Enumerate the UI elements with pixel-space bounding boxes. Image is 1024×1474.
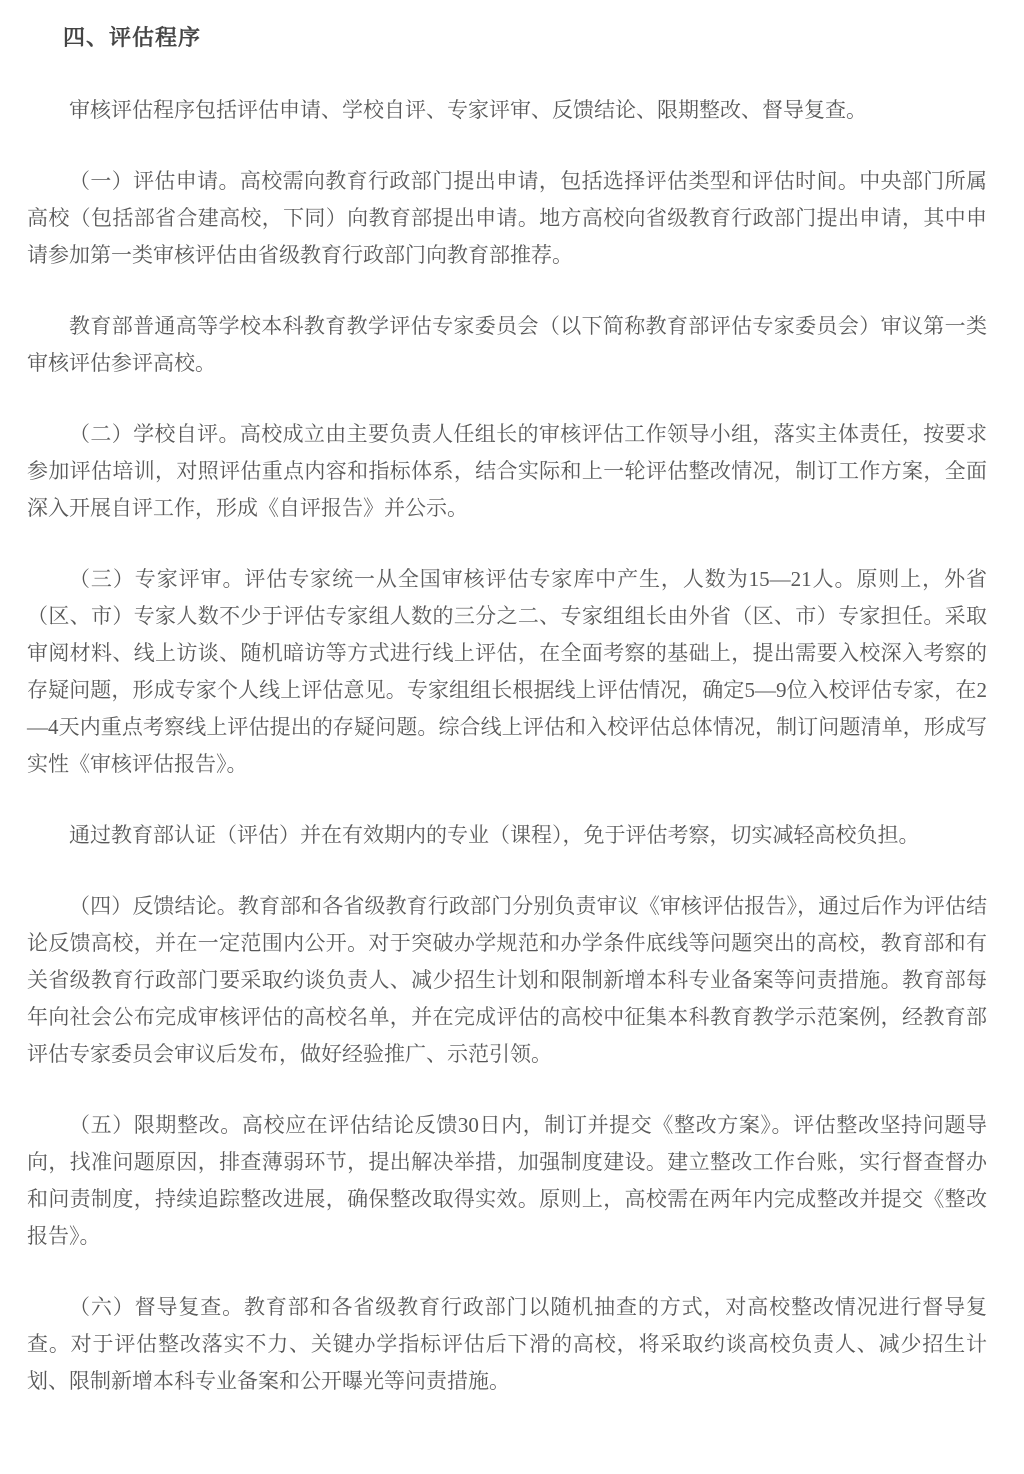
- item-3-expert-review-paragraph: （三）专家评审。评估专家统一从全国审核评估专家库中产生，人数为15—21人。原则…: [27, 561, 987, 783]
- expert-committee-review-paragraph: 教育部普通高等学校本科教育教学评估专家委员会（以下简称教育部评估专家委员会）审议…: [27, 308, 987, 382]
- item-5-rectification-paragraph: （五）限期整改。高校应在评估结论反馈30日内，制订并提交《整改方案》。评估整改坚…: [27, 1107, 987, 1255]
- item-4-feedback-conclusion-paragraph: （四）反馈结论。教育部和各省级教育行政部门分别负责审议《审核评估报告》，通过后作…: [27, 888, 987, 1073]
- item-2-self-evaluation-paragraph: （二）学校自评。高校成立由主要负责人任组长的审核评估工作领导小组，落实主体责任，…: [27, 416, 987, 527]
- item-1-application-paragraph: （一）评估申请。高校需向教育行政部门提出申请，包括选择评估类型和评估时间。中央部…: [27, 163, 987, 274]
- certification-exemption-paragraph: 通过教育部认证（评估）并在有效期内的专业（课程），免于评估考察，切实减轻高校负担…: [27, 817, 987, 854]
- document-page: 四、评估程序 审核评估程序包括评估申请、学校自评、专家评审、反馈结论、限期整改、…: [0, 0, 1024, 1474]
- procedure-overview-paragraph: 审核评估程序包括评估申请、学校自评、专家评审、反馈结论、限期整改、督导复查。: [27, 92, 987, 129]
- section-heading: 四、评估程序: [63, 25, 987, 50]
- item-6-supervision-recheck-paragraph: （六）督导复查。教育部和各省级教育行政部门以随机抽查的方式，对高校整改情况进行督…: [27, 1289, 987, 1400]
